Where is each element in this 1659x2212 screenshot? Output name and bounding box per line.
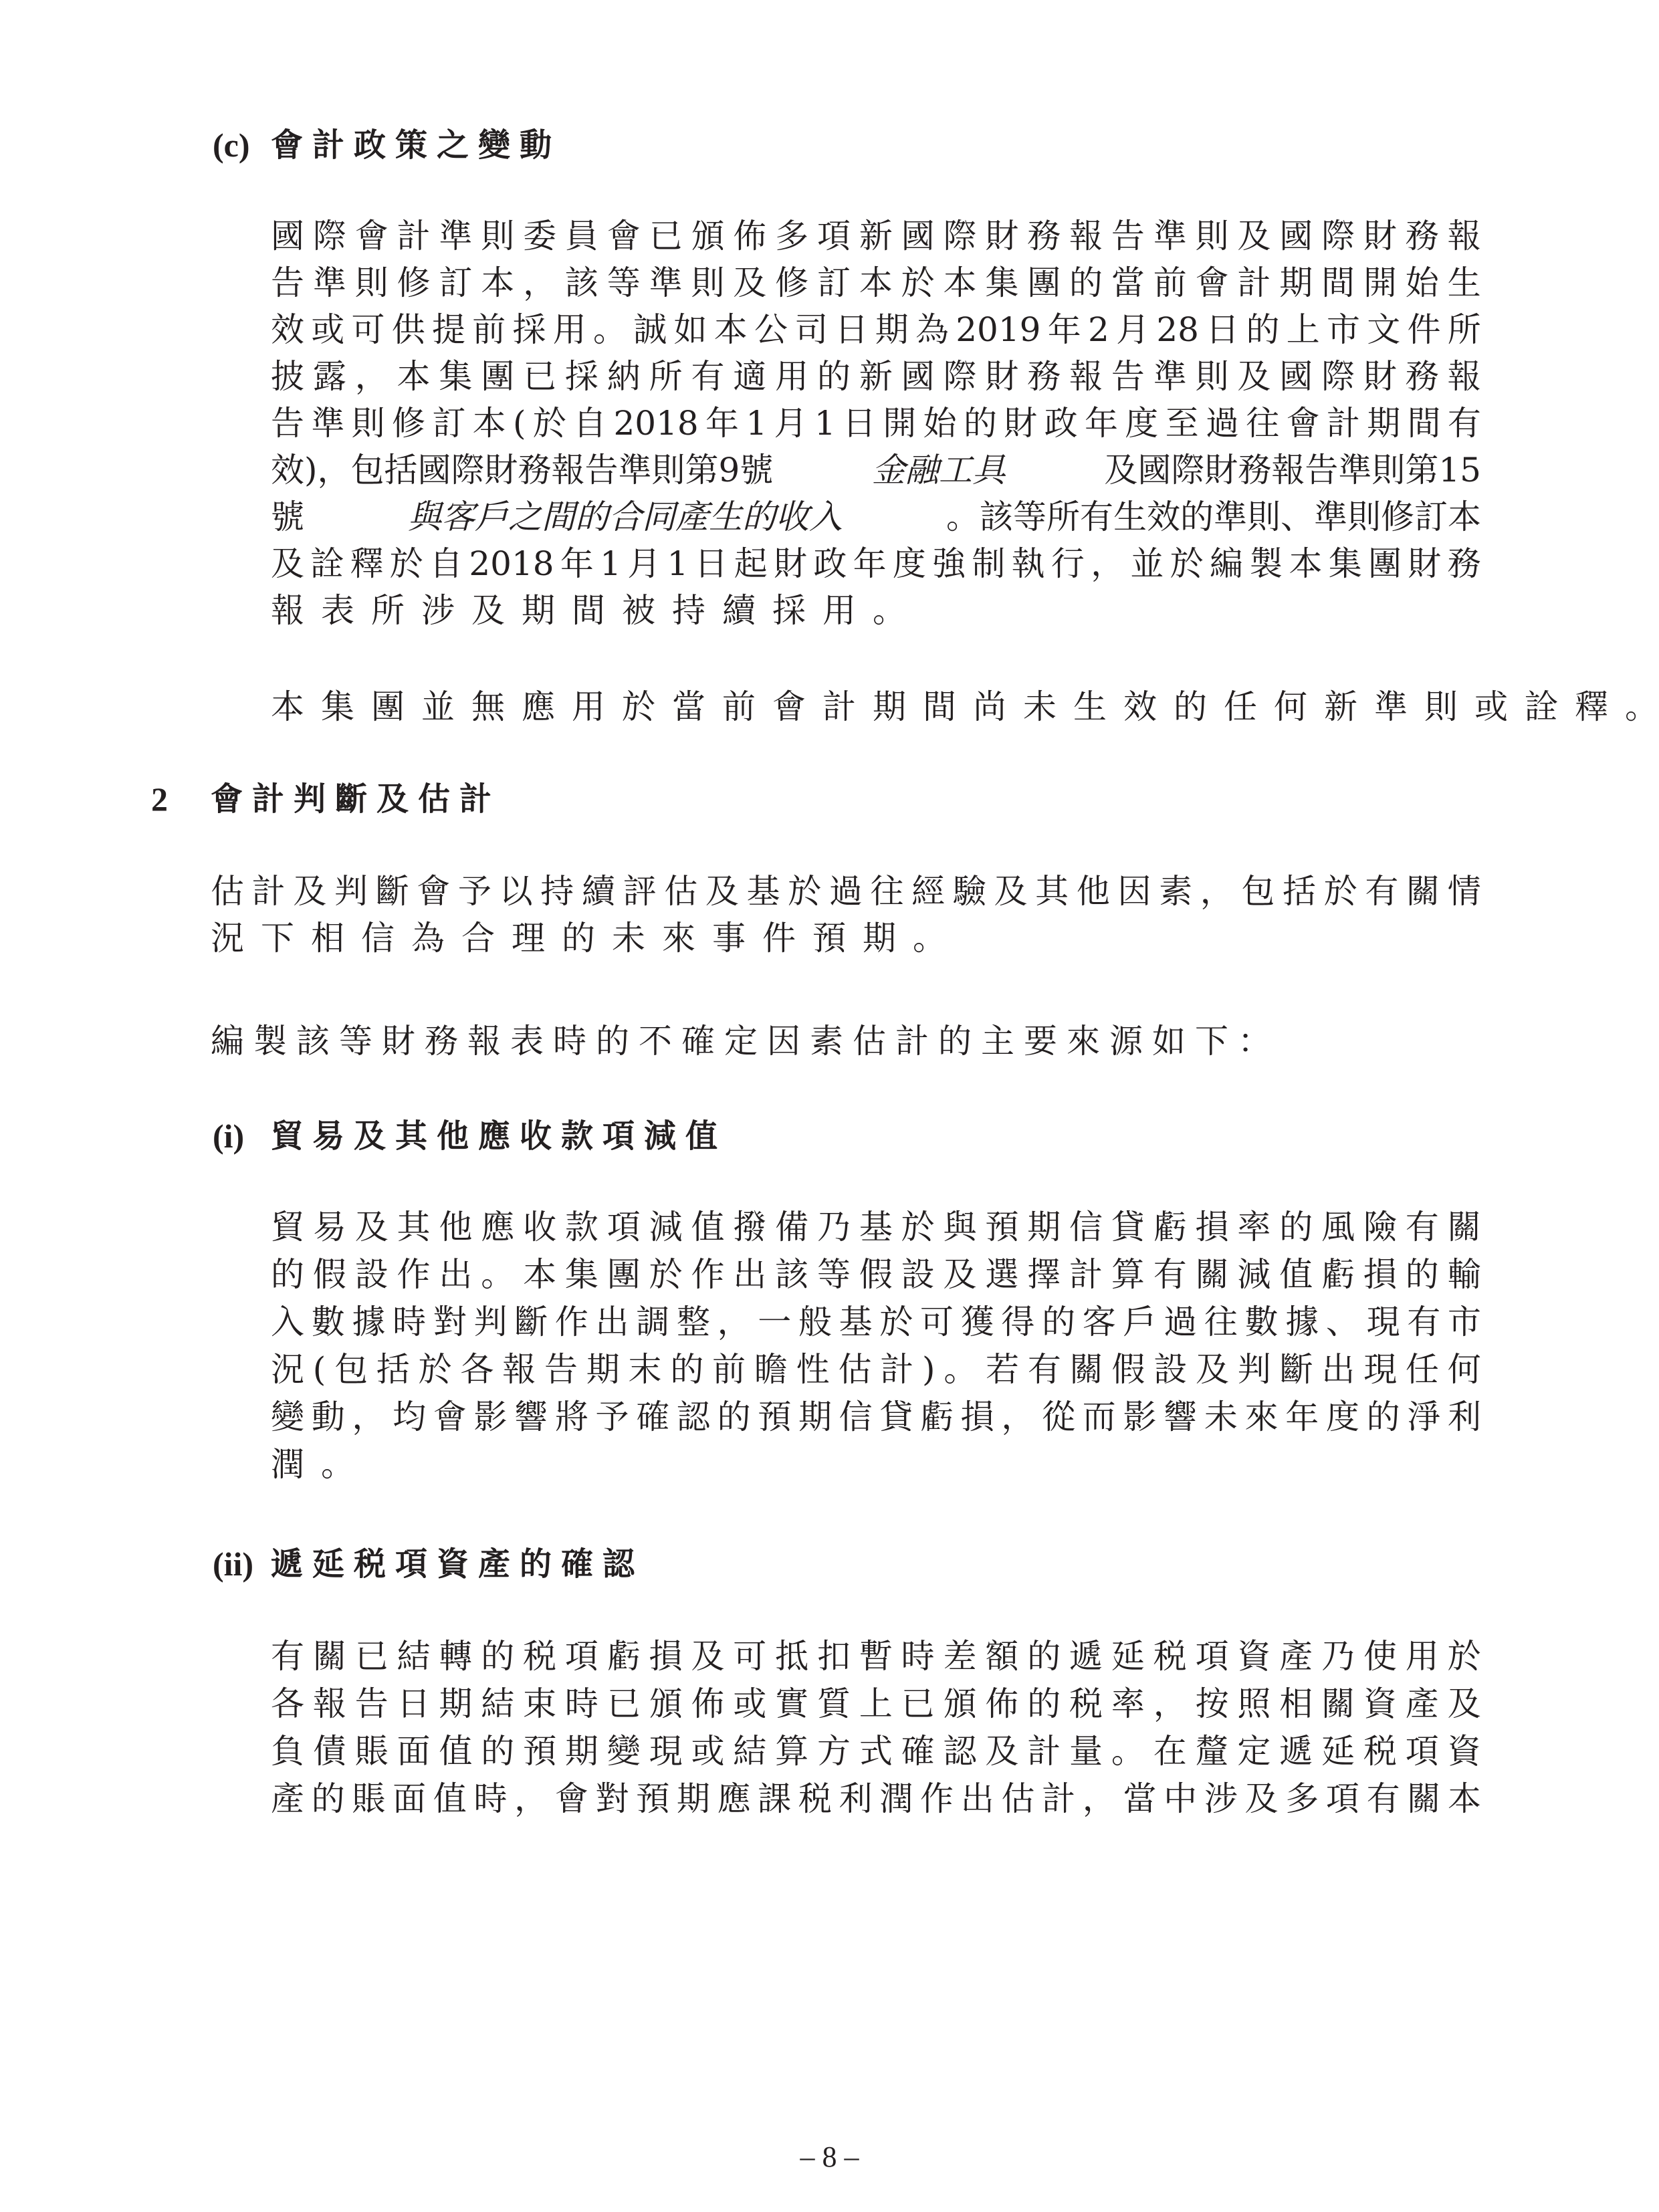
- italic-term-revenue-from-contracts: 與客戶之間的合同產生的收入: [408, 493, 843, 540]
- paragraph-line: 潤。: [271, 1441, 371, 1488]
- paragraph-line: 效或可供提前採用。誠如本公司日期為2019年2月28日的上市文件所: [271, 306, 1481, 353]
- paragraph-line: 的假設作出。本集團於作出該等假設及選擇計算有關減值虧損的輸: [271, 1251, 1481, 1298]
- section-2-title: 會計判斷及估計: [211, 776, 501, 822]
- paragraph-line: 各報告日期結束時已頒佈或實質上已頒佈的税率，按照相關資產及: [271, 1680, 1481, 1727]
- subsection-i-marker: (i): [213, 1113, 244, 1159]
- paragraph-line: 及詮釋於自2018年1月1日起財政年度強制執行，並於編製本集團財務: [271, 540, 1481, 587]
- italic-term-financial-instruments: 金融工具: [872, 447, 1006, 493]
- line7-part3: 。該等所有生效的準則、準則修訂本: [946, 493, 1481, 540]
- page-number: – 8 –: [0, 2140, 1659, 2174]
- section-c-paragraph-2: 本集團並無應用於當前會計期間尚未生效的任何新準則或詮釋。: [271, 683, 1659, 730]
- paragraph-line: 告準則修訂本(於自2018年1月1日開始的財政年度至過往會計期間有: [271, 400, 1481, 447]
- paragraph-line: 入數據時對判斷作出調整，一般基於可獲得的客戶過往數據、現有市: [271, 1299, 1481, 1345]
- paragraph-line: 貿易及其他應收款項減值撥備乃基於與預期信貸虧損率的風險有關: [271, 1204, 1481, 1250]
- paragraph-line: 報表所涉及期間被持續採用。: [271, 587, 923, 634]
- section-c-title: 會計政策之變動: [271, 122, 561, 169]
- subsection-ii-title: 遞延税項資產的確認: [271, 1541, 644, 1587]
- paragraph-line: 況(包括於各報告期末的前瞻性估計)。若有關假設及判斷出現任何: [271, 1346, 1481, 1393]
- paragraph-line: 估計及判斷會予以持續評估及基於過往經驗及其他因素，包括於有關情: [211, 868, 1481, 915]
- line6-part3: 及國際財務報告準則第15: [1104, 447, 1481, 493]
- paragraph-line: 國際會計準則委員會已頒佈多項新國際財務報告準則及國際財務報: [271, 213, 1481, 259]
- section-c-marker: (c): [213, 122, 250, 169]
- paragraph-line: 有關已結轉的税項虧損及可抵扣暫時差額的遞延税項資產乃使用於: [271, 1633, 1481, 1680]
- subsection-i-title: 貿易及其他應收款項減值: [271, 1113, 727, 1159]
- subsection-ii-marker: (ii): [213, 1541, 253, 1587]
- section-2-paragraph-2: 編製該等財務報表時的不確定因素估計的主要來源如下：: [211, 1018, 1281, 1065]
- paragraph-line: 變動，均會影響將予確認的預期信貸虧損，從而影響未來年度的淨利: [271, 1394, 1481, 1440]
- paragraph-line: 產的賬面值時，會對預期應課税利潤作出估計，當中涉及多項有關本: [271, 1775, 1481, 1822]
- line7-part1: 號: [271, 493, 304, 540]
- paragraph-line: 告準則修訂本，該等準則及修訂本於本集團的當前會計期間開始生: [271, 259, 1481, 306]
- section-2-number: 2: [151, 776, 168, 822]
- paragraph-line: 負債賬面值的預期變現或結算方式確認及計量。在釐定遞延税項資: [271, 1728, 1481, 1775]
- paragraph-line: 況下相信為合理的未來事件預期。: [211, 915, 963, 962]
- paragraph-line: 號 與客戶之間的合同產生的收入 。該等所有生效的準則、準則修訂本: [271, 493, 1481, 540]
- paragraph-line: 效)，包括國際財務報告準則第9號 金融工具 及國際財務報告準則第15: [271, 447, 1481, 493]
- line6-part1: 效)，包括國際財務報告準則第9號: [271, 447, 773, 493]
- paragraph-line: 披露，本集團已採納所有適用的新國際財務報告準則及國際財務報: [271, 353, 1481, 400]
